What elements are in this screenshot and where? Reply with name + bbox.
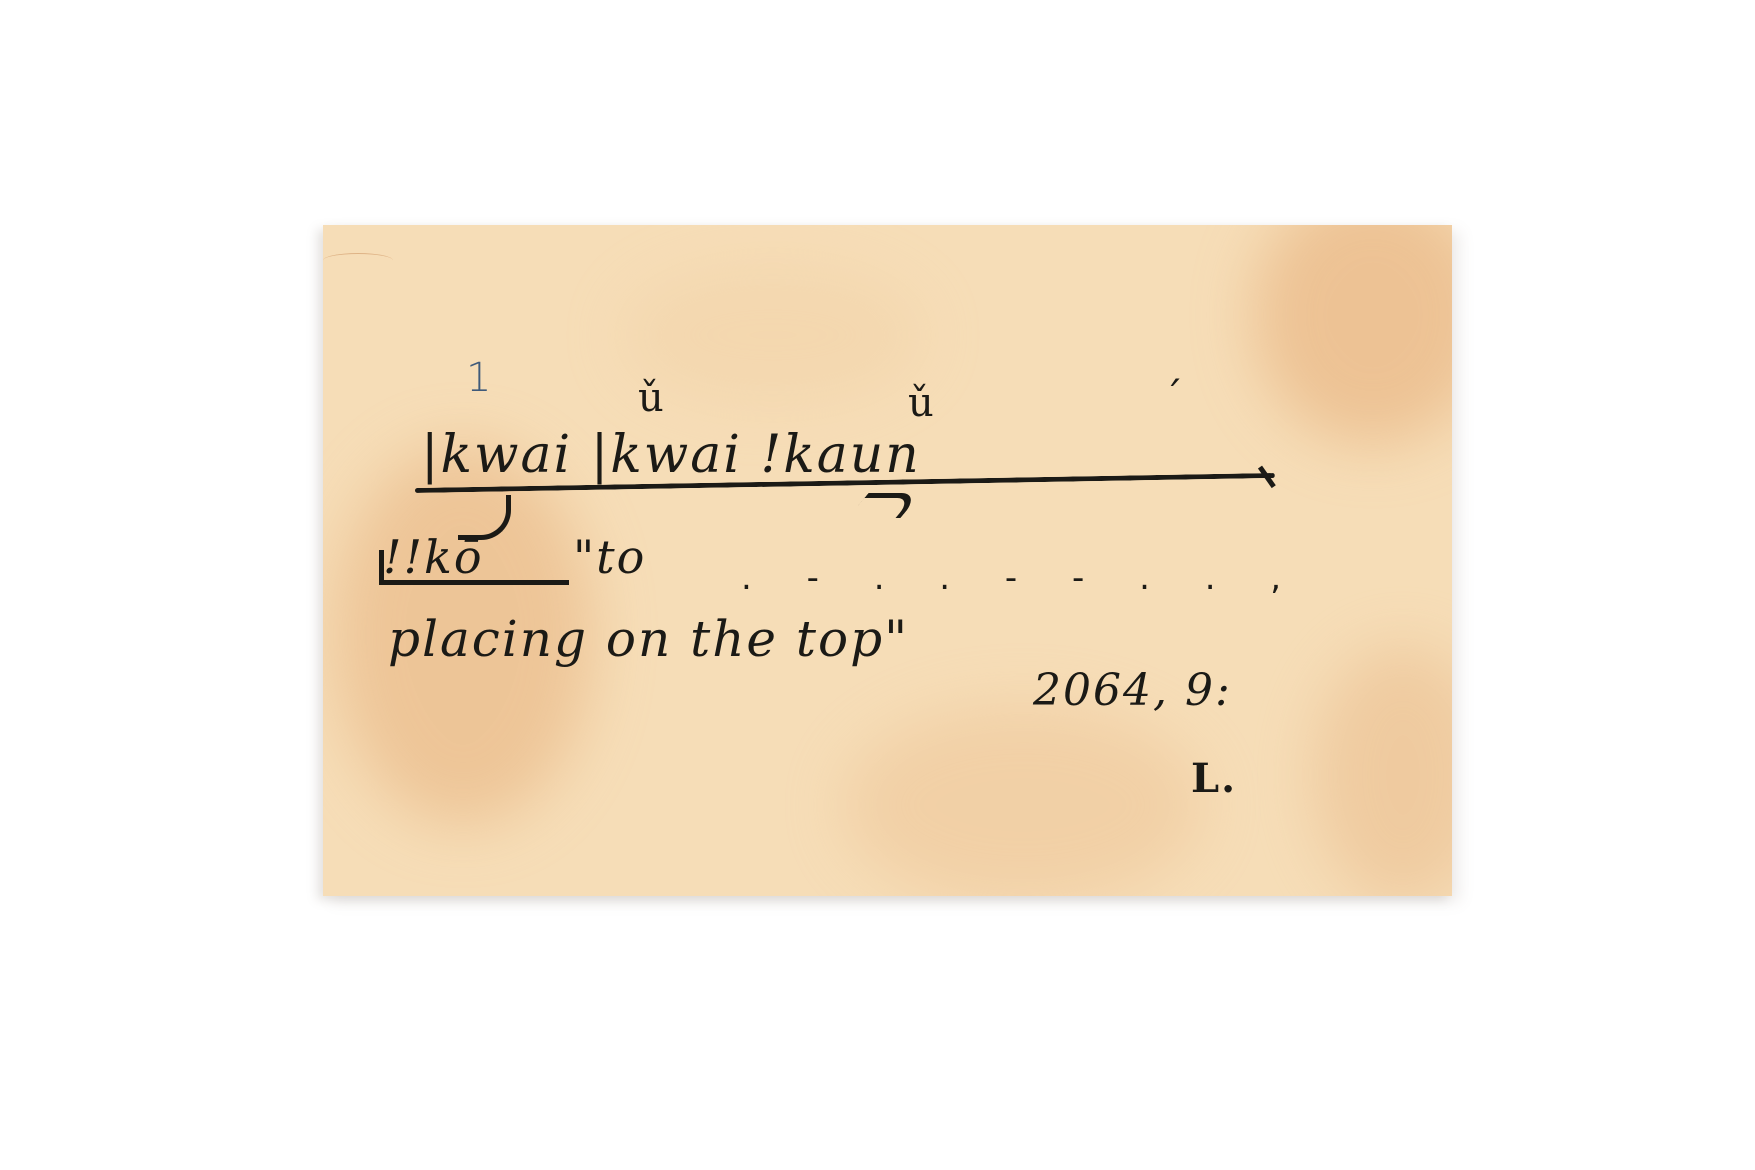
word-bracket-underline [379, 550, 569, 585]
pencil-annotation: 1 [466, 355, 491, 401]
foxing-stain [1313, 645, 1452, 896]
paper-crease [323, 253, 393, 268]
acute-accent-mark: ´ [1163, 375, 1183, 421]
recorder-initial: L. [1191, 755, 1237, 802]
ligature-connector [848, 493, 922, 518]
underline-hook [1243, 466, 1276, 499]
foxing-stain [843, 705, 1203, 896]
breve-accent-mark: ǔ [908, 380, 934, 426]
translation-text: placing on the top" [388, 610, 909, 668]
bushman-phrase: |kwai |kwai !kaun [421, 425, 921, 485]
translation-start: "to [573, 530, 646, 584]
foxing-stain [1253, 225, 1452, 445]
dotted-leader: . - . . - - . . , [741, 558, 1303, 598]
archival-card: 1 ǔ ǔ ´ |kwai |kwai !kaun !!kō "to . - .… [323, 225, 1452, 896]
catalog-number: 2064, 9: [1033, 665, 1232, 716]
foxing-stain [623, 265, 923, 405]
breve-accent-mark: ǔ [638, 375, 664, 421]
